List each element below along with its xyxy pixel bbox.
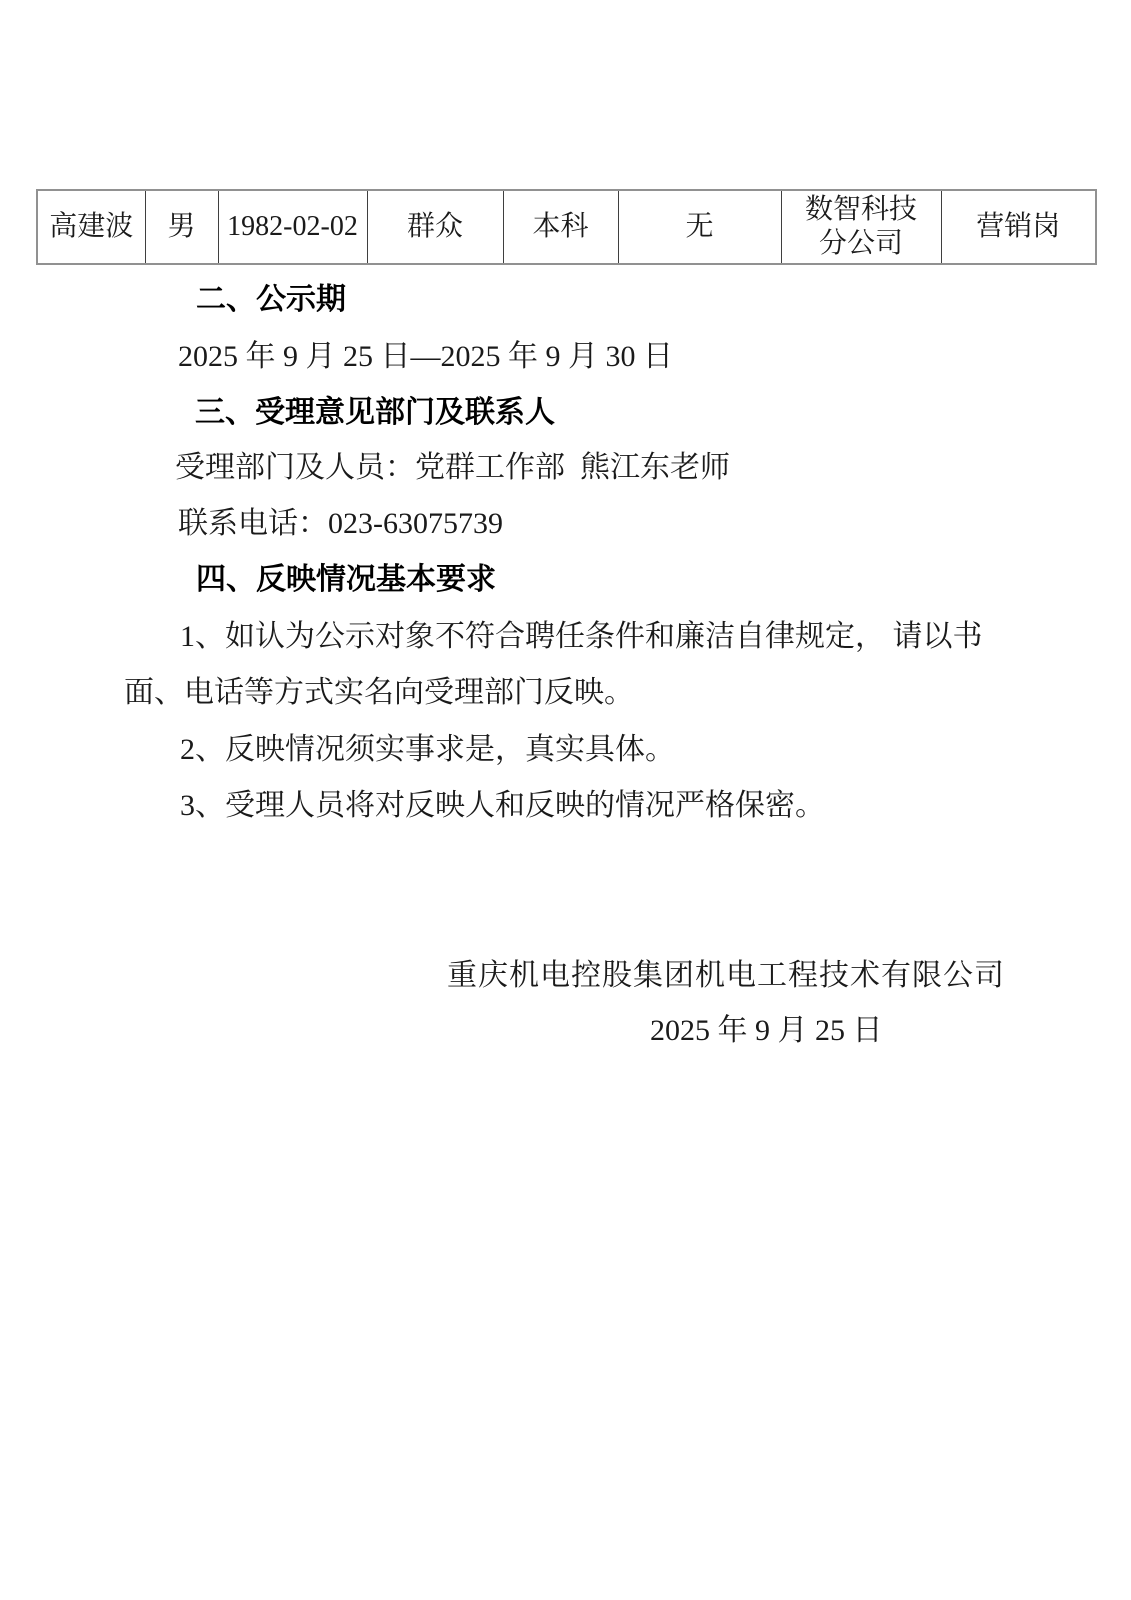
document-page: 高建波 男 1982-02-02 群众 本科 无 数智科技 分公司 营销岗 二、… — [0, 0, 1131, 1600]
cell-unit-line-2: 分公司 — [786, 227, 937, 261]
cell-political-status: 群众 — [367, 190, 503, 264]
cell-gender: 男 — [145, 190, 218, 264]
contact-phone-line: 联系电话：023-63075739 — [178, 506, 503, 542]
cell-position: 营销岗 — [941, 190, 1096, 264]
section-3-heading: 三、受理意见部门及联系人 — [195, 395, 555, 431]
contact-department-line: 受理部门及人员：党群工作部 熊江东老师 — [175, 450, 730, 486]
requirement-2: 2、反映情况须实事求是，真实具体。 — [180, 732, 675, 768]
section-4-heading: 四、反映情况基本要求 — [196, 562, 496, 598]
publicity-period-dates: 2025 年 9 月 25 日—2025 年 9 月 30 日 — [178, 339, 673, 375]
table-row: 高建波 男 1982-02-02 群众 本科 无 数智科技 分公司 营销岗 — [37, 190, 1096, 264]
cell-name: 高建波 — [37, 190, 145, 264]
requirement-1-line-2: 面、电话等方式实名向受理部门反映。 — [124, 675, 634, 711]
cell-birth-date: 1982-02-02 — [218, 190, 367, 264]
cell-unit-line-1: 数智科技 — [786, 193, 937, 227]
candidate-table: 高建波 男 1982-02-02 群众 本科 无 数智科技 分公司 营销岗 — [36, 189, 1097, 265]
cell-unit: 数智科技 分公司 — [781, 190, 941, 264]
requirement-1-line-1: 1、如认为公示对象不符合聘任条件和廉洁自律规定， 请以书 — [180, 619, 983, 655]
cell-education: 本科 — [503, 190, 618, 264]
cell-title: 无 — [618, 190, 781, 264]
signature-date: 2025 年 9 月 25 日 — [650, 1013, 883, 1049]
section-2-heading: 二、公示期 — [196, 282, 346, 318]
signature-company: 重庆机电控股集团机电工程技术有限公司 — [447, 958, 1005, 994]
requirement-3: 3、受理人员将对反映人和反映的情况严格保密。 — [180, 788, 825, 824]
